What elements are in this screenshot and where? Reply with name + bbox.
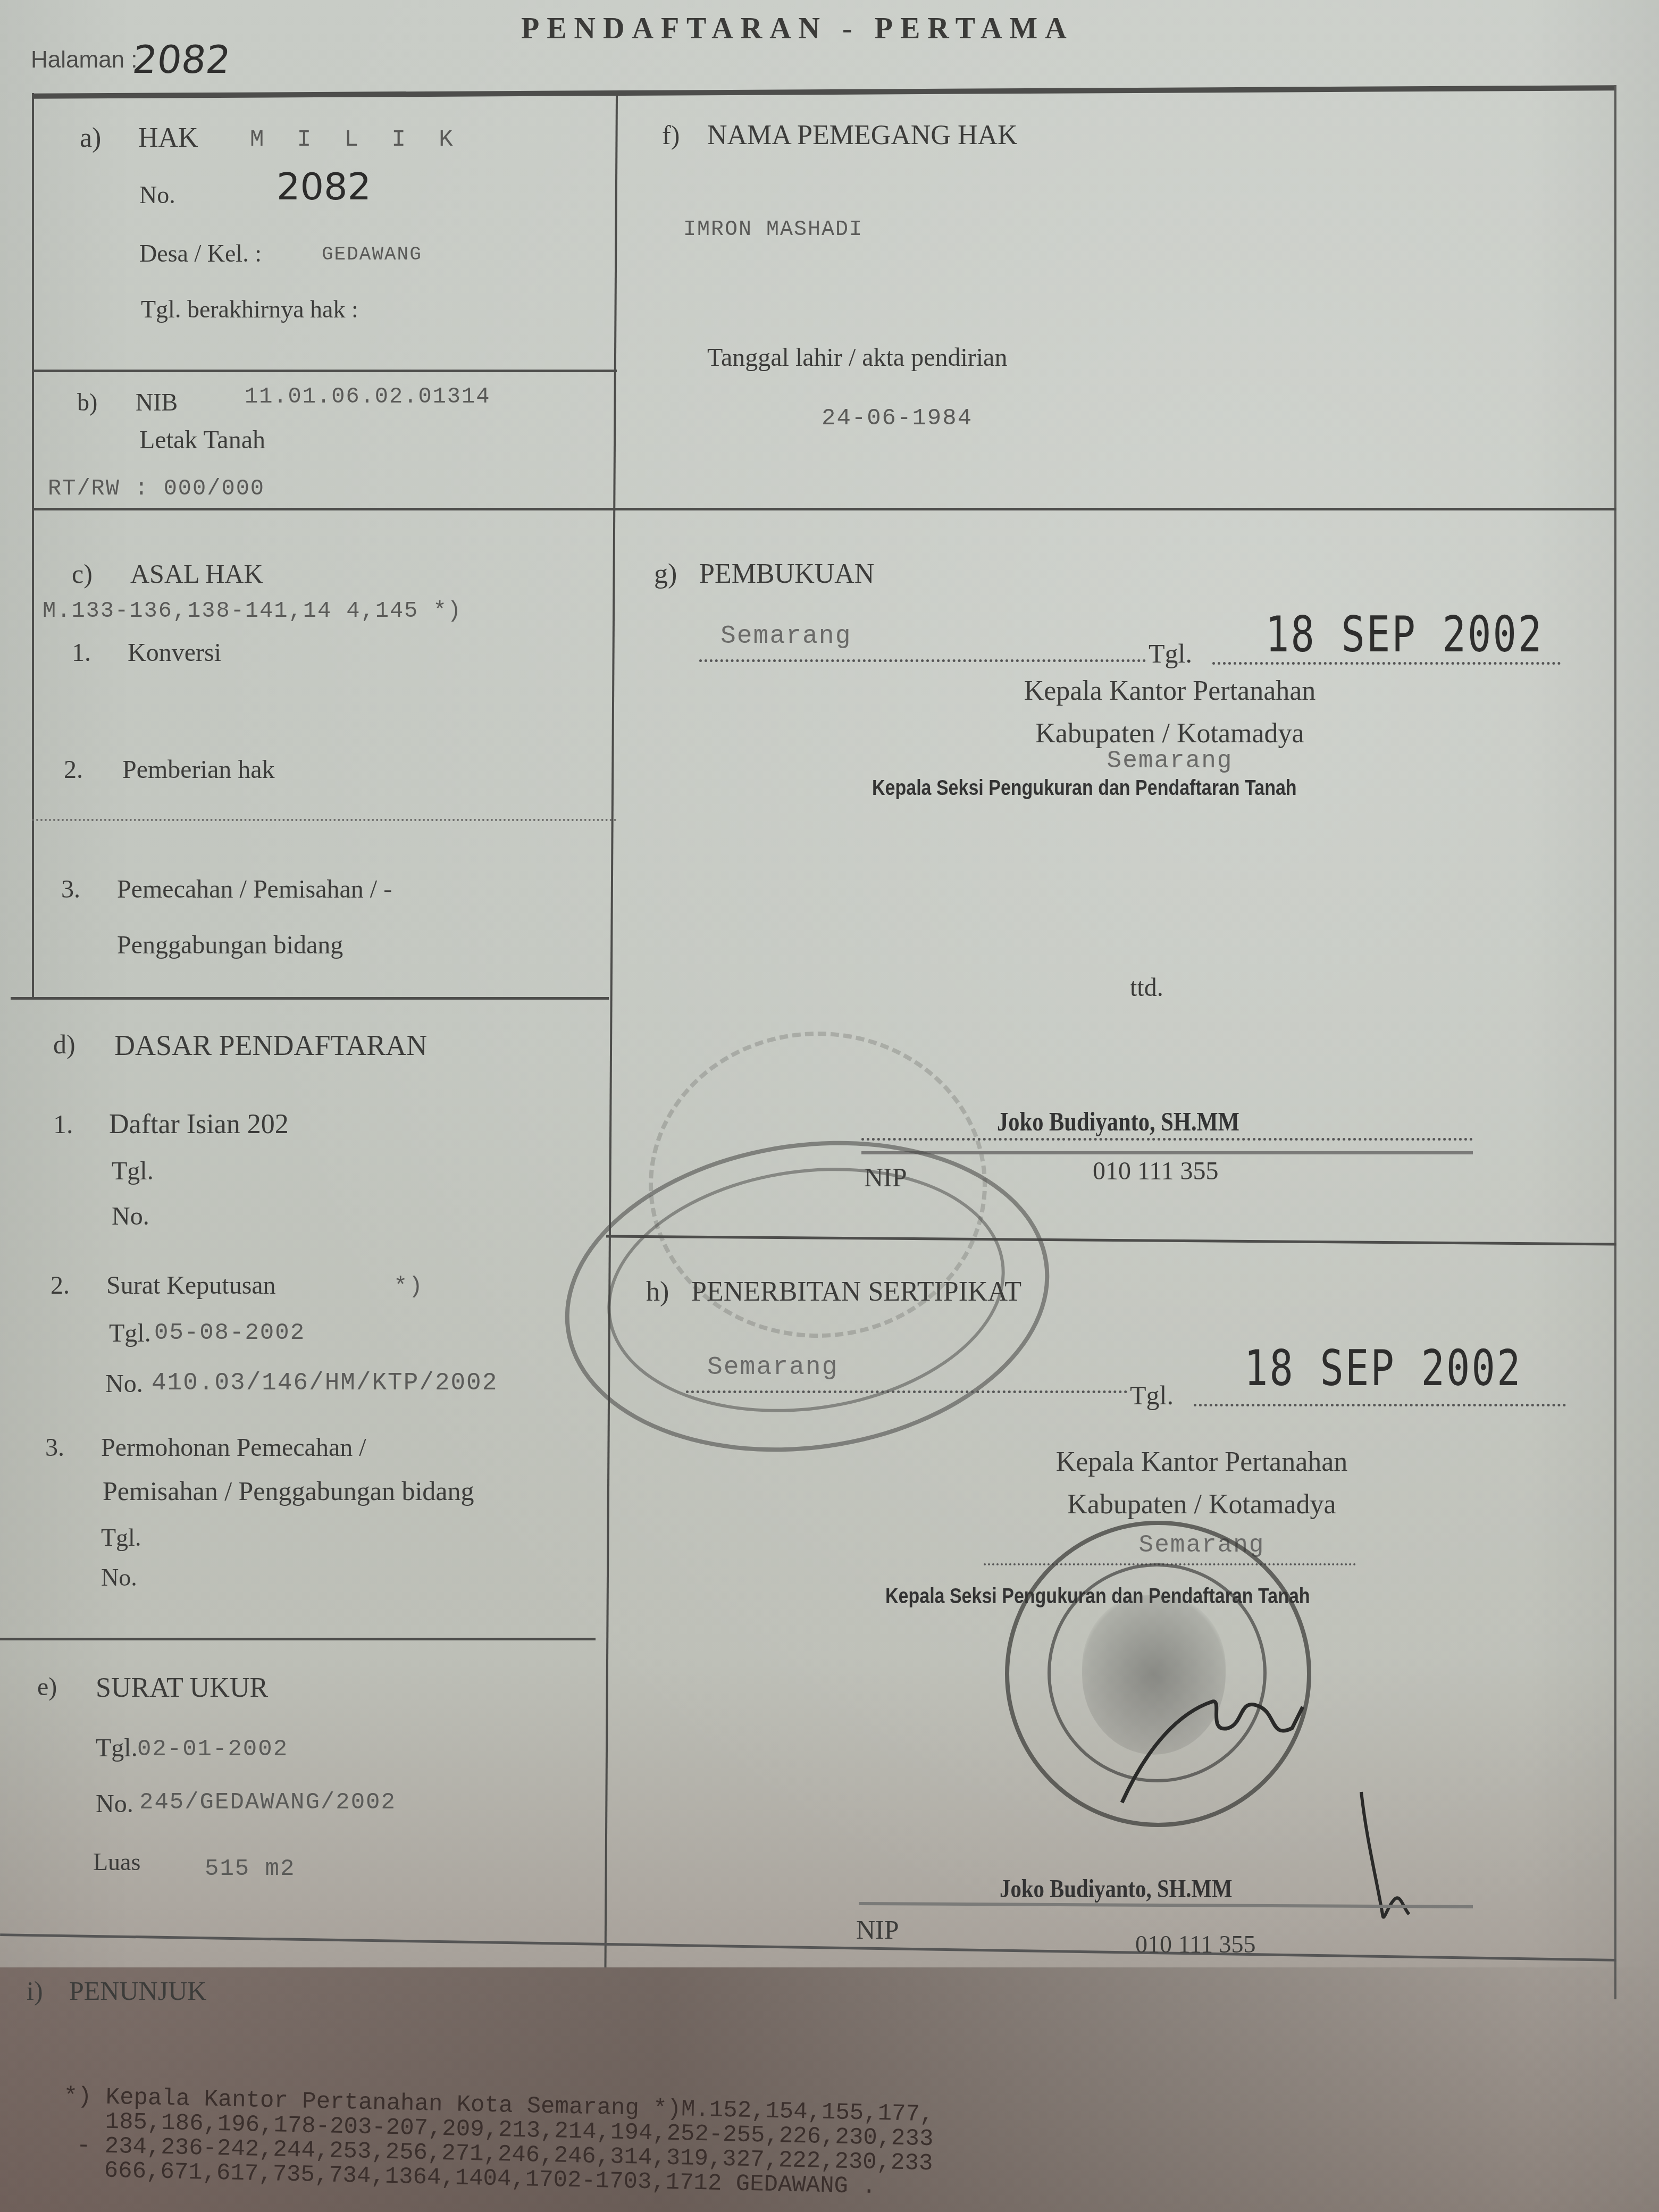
pembukuan-nip-value: 010 111 355 [1093, 1157, 1218, 1186]
penerbitan-nip-label: NIP [856, 1914, 899, 1945]
penerbitan-place-line [686, 1390, 1127, 1393]
permohonan-label-1: Permohonan Pemecahan / [101, 1433, 366, 1462]
pembukuan-office-line2: Kabupaten / Kotamadya [877, 718, 1462, 749]
desa-label: Desa / Kel. : [139, 239, 262, 267]
penerbitan-official-name: Joko Budiyanto, SH.MM [1000, 1874, 1233, 1904]
hak-value: M I L I K [250, 127, 463, 153]
section-h-marker: h) [646, 1276, 669, 1308]
section-i-marker: i) [27, 1975, 43, 2006]
pembukuan-tgl-label: Tgl. [1149, 638, 1192, 669]
penerbitan-nip-value: 010 111 355 [1135, 1930, 1256, 1958]
asal-item-3-label: Pemecahan / Pemisahan / - [117, 875, 392, 904]
penerbitan-office-line1: Kepala Kantor Pertanahan [909, 1446, 1494, 1478]
tgl-lahir-label: Tanggal lahir / akta pendirian [707, 343, 1007, 372]
asal-item-3-num: 3. [61, 875, 80, 904]
penerbitan-sertipikat-title: PENERBITAN SERTIPIKAT [691, 1276, 1021, 1308]
section-f-marker: f) [662, 120, 680, 150]
section-d-marker: d) [53, 1029, 76, 1060]
daftar-isian-no-label: No. [112, 1202, 149, 1231]
asal-hak-refs: M.133-136,138-141,14 4,145 *) [43, 598, 462, 624]
surat-ukur-no-label: No. [96, 1789, 133, 1819]
asal-hak-title: ASAL HAK [130, 558, 263, 589]
surat-ukur-no-value: 245/GEDAWANG/2002 [139, 1789, 396, 1816]
daftar-isian-label: Daftar Isian 202 [109, 1109, 289, 1140]
surat-keputusan-no-value: 410.03/146/HM/KTP/2002 [152, 1369, 498, 1397]
nib-label: NIB [136, 388, 178, 416]
penerbitan-office-line2: Kabupaten / Kotamadya [909, 1489, 1494, 1520]
asal-item-2-label: Pemberian hak [122, 755, 275, 784]
signature-mark-1 [1106, 1648, 1319, 1808]
pembukuan-place-line [699, 659, 1146, 662]
halaman-label: Halaman : [31, 47, 138, 73]
luas-label: Luas [93, 1848, 140, 1876]
surat-keputusan-no-label: No. [105, 1369, 143, 1398]
no-label: No. [139, 181, 175, 209]
asal-item-1-label: Konversi [128, 638, 221, 667]
signature-mark-2 [1351, 1787, 1436, 1946]
dasar-item-1-num: 1. [53, 1109, 73, 1139]
surat-keputusan-tgl-value: 05-08-2002 [154, 1320, 305, 1346]
holder-name: IMRON MASHADI [683, 218, 863, 242]
permohonan-label-2: Pemisahan / Penggabungan bidang [103, 1476, 474, 1506]
frame-top-border [32, 85, 1616, 99]
dasar-pendaftaran-title: DASAR PENDAFTARAN [114, 1029, 427, 1062]
pembukuan-office-line1: Kepala Kantor Pertanahan [877, 675, 1462, 707]
pembukuan-office-city: Semarang [877, 747, 1462, 775]
dotted-separator [32, 819, 617, 821]
section-c-marker: c) [72, 558, 93, 589]
asal-item-3-label-cont: Penggabungan bidang [117, 931, 343, 960]
penerbitan-date-line [1194, 1404, 1566, 1406]
penerbitan-place: Semarang [707, 1353, 838, 1382]
pembukuan-office-section: Kepala Seksi Pengukuran dan Pendaftaran … [872, 776, 1297, 800]
surat-keputusan-tgl-label: Tgl. [109, 1319, 151, 1348]
penerbitan-date-stamp: 18 SEP 2002 [1244, 1340, 1522, 1397]
section-g-marker: g) [654, 558, 677, 590]
halaman-value: 2082 [131, 37, 233, 82]
divider-b-c [32, 508, 617, 510]
tgl-berakhir-label: Tgl. berakhirnya hak : [141, 295, 358, 323]
surat-keputusan-label: Surat Keputusan [106, 1271, 276, 1300]
penerbitan-tgl-label: Tgl. [1130, 1380, 1174, 1411]
pembukuan-ttd: ttd. [1130, 973, 1163, 1002]
hak-label: HAK [138, 122, 198, 154]
divider-f-g [617, 508, 1616, 510]
penunjuk-title: PENUNJUK [69, 1975, 206, 2006]
nib-value: 11.01.06.02.01314 [245, 384, 490, 409]
asal-item-1-num: 1. [72, 638, 91, 667]
surat-ukur-tgl-value: 02-01-2002 [137, 1736, 288, 1763]
pembukuan-place: Semarang [720, 622, 851, 651]
divider-c-d [11, 997, 609, 1000]
section-a-marker: a) [80, 122, 101, 154]
rtrw-value: RT/RW : 000/000 [48, 476, 265, 501]
pembukuan-title: PEMBUKUAN [699, 558, 874, 590]
permohonan-tgl-label: Tgl. [101, 1523, 141, 1552]
pembukuan-signature-line [861, 1138, 1473, 1141]
surat-keputusan-note: *) [393, 1273, 424, 1300]
column-divider [604, 96, 618, 1967]
tgl-lahir-value: 24-06-1984 [822, 405, 973, 432]
desa-value: GEDAWANG [322, 244, 422, 265]
penunjuk-text: *) Kepala Kantor Pertanahan Kota Semaran… [62, 2084, 934, 2200]
asal-item-2-num: 2. [64, 755, 83, 784]
frame-right-border [1614, 85, 1616, 1999]
letak-tanah-label: Letak Tanah [139, 425, 265, 455]
dasar-item-2-num: 2. [51, 1271, 70, 1300]
surat-ukur-title: SURAT UKUR [96, 1672, 268, 1704]
pembukuan-underline [861, 1151, 1473, 1154]
document-title: PENDAFTARAN - PERTAMA [521, 12, 1074, 46]
pembukuan-official-name: Joko Budiyanto, SH.MM [997, 1106, 1239, 1137]
dasar-item-3-num: 3. [45, 1433, 64, 1462]
pembukuan-date-stamp: 18 SEP 2002 [1266, 606, 1544, 663]
daftar-isian-tgl-label: Tgl. [112, 1157, 154, 1186]
divider-a-b [32, 370, 617, 372]
surat-ukur-tgl-label: Tgl. [96, 1733, 138, 1763]
permohonan-no-label: No. [101, 1563, 137, 1591]
section-e-marker: e) [37, 1672, 57, 1702]
luas-value: 515 m2 [205, 1856, 295, 1882]
section-b-marker: b) [77, 388, 97, 416]
frame-left-border [32, 93, 34, 997]
no-value: 2082 [276, 165, 371, 208]
nama-pemegang-hak-title: NAMA PEMEGANG HAK [707, 120, 1018, 151]
divider-d-e [0, 1638, 596, 1640]
